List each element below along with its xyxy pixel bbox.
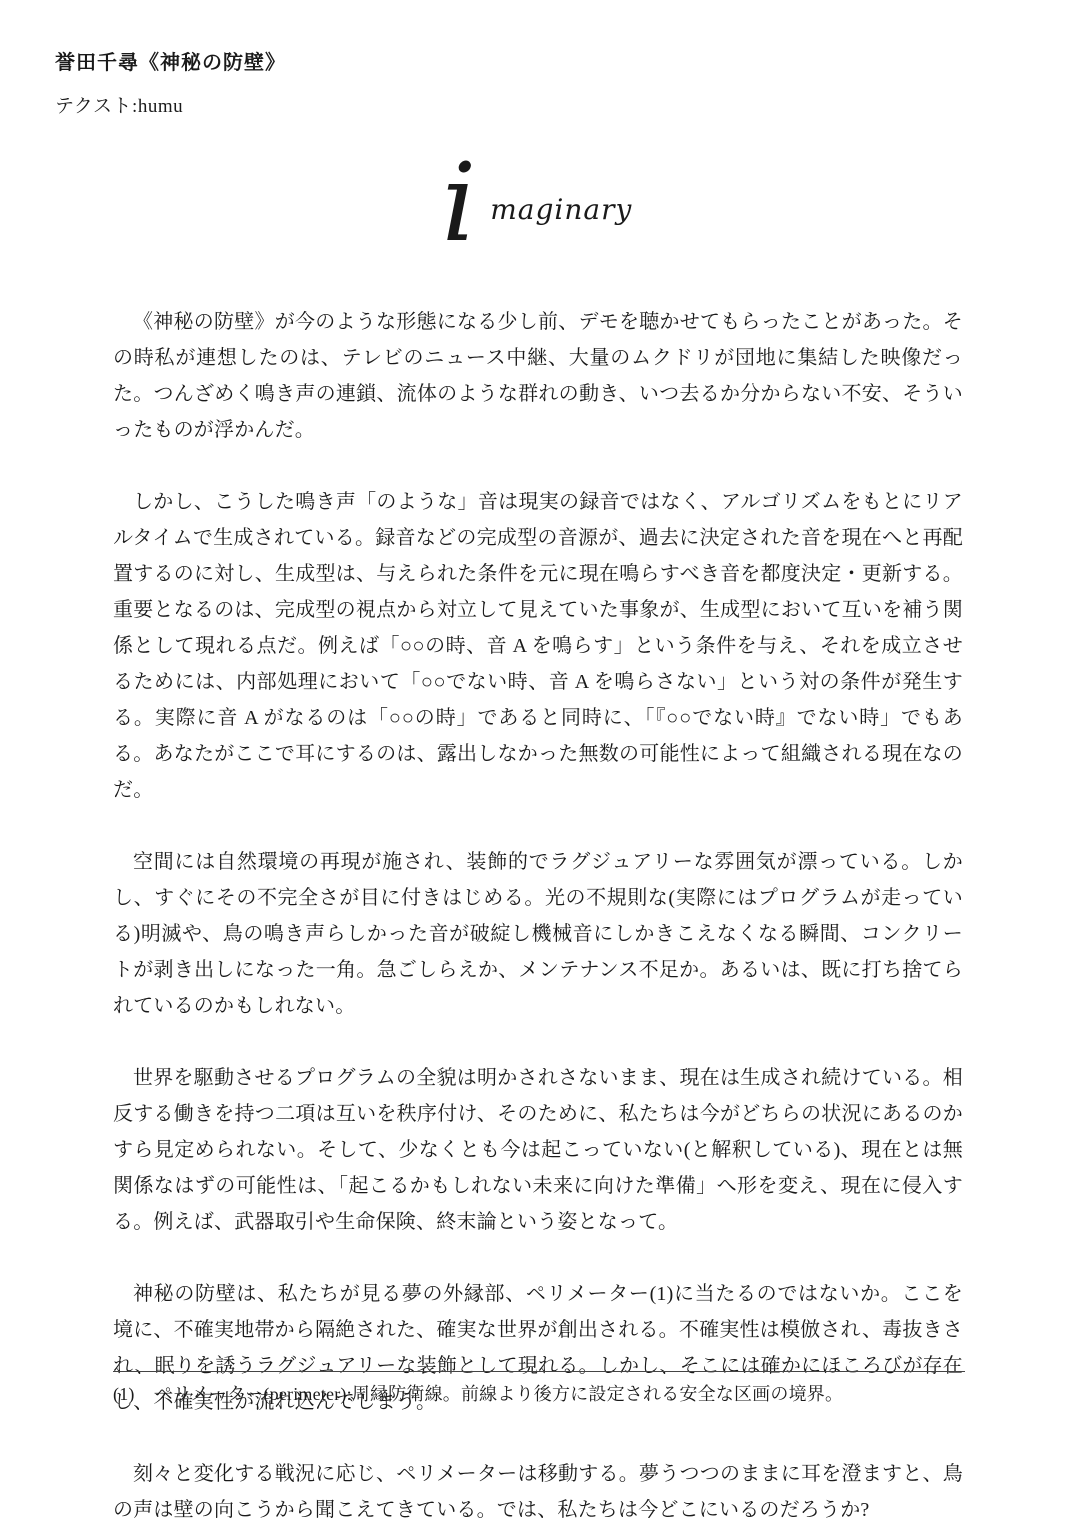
footnote-block: (1)ペリメーター(perimeter):周縁防衛線。前線より後方に設定される安… xyxy=(113,1371,965,1406)
imaginary-logotype: i maginary xyxy=(0,140,1074,252)
document-header: 誉田千尋《神秘の防壁》 テクスト:humu xyxy=(55,46,1074,118)
essay-body: 《神秘の防壁》が今のような形態になる少し前、デモを聴かせてもらったことがあった。… xyxy=(113,304,963,1523)
body-paragraph: しかし、こうした鳴き声「のような」音は現実の録音ではなく、アルゴリズムをもとにリ… xyxy=(113,484,963,808)
footnote-separator xyxy=(113,1371,965,1372)
text-credit: テクスト:humu xyxy=(55,91,1074,118)
logotype-initial: i xyxy=(442,155,477,252)
body-paragraph: 《神秘の防壁》が今のような形態になる少し前、デモを聴かせてもらったことがあった。… xyxy=(113,304,963,448)
footnote-marker: (1) xyxy=(113,1384,135,1404)
body-paragraph: 世界を駆動させるプログラムの全貌は明かされさないまま、現在は生成され続けている。… xyxy=(113,1060,963,1240)
footnote: (1)ペリメーター(perimeter):周縁防衛線。前線より後方に設定される安… xyxy=(113,1380,965,1406)
work-title: 誉田千尋《神秘の防壁》 xyxy=(55,46,1074,75)
document-page: 誉田千尋《神秘の防壁》 テクスト:humu i maginary 《神秘の防壁》… xyxy=(0,0,1074,1523)
footnote-text: ペリメーター(perimeter):周縁防衛線。前線より後方に設定される安全な区… xyxy=(155,1384,844,1404)
body-paragraph: 空間には自然環境の再現が施され、装飾的でラグジュアリーな雰囲気が漂っている。しか… xyxy=(113,844,963,1024)
body-paragraph: 刻々と変化する戦況に応じ、ペリメーターは移動する。夢うつつのままに耳を澄ますと、… xyxy=(113,1456,963,1523)
logotype-rest: maginary xyxy=(490,193,632,226)
